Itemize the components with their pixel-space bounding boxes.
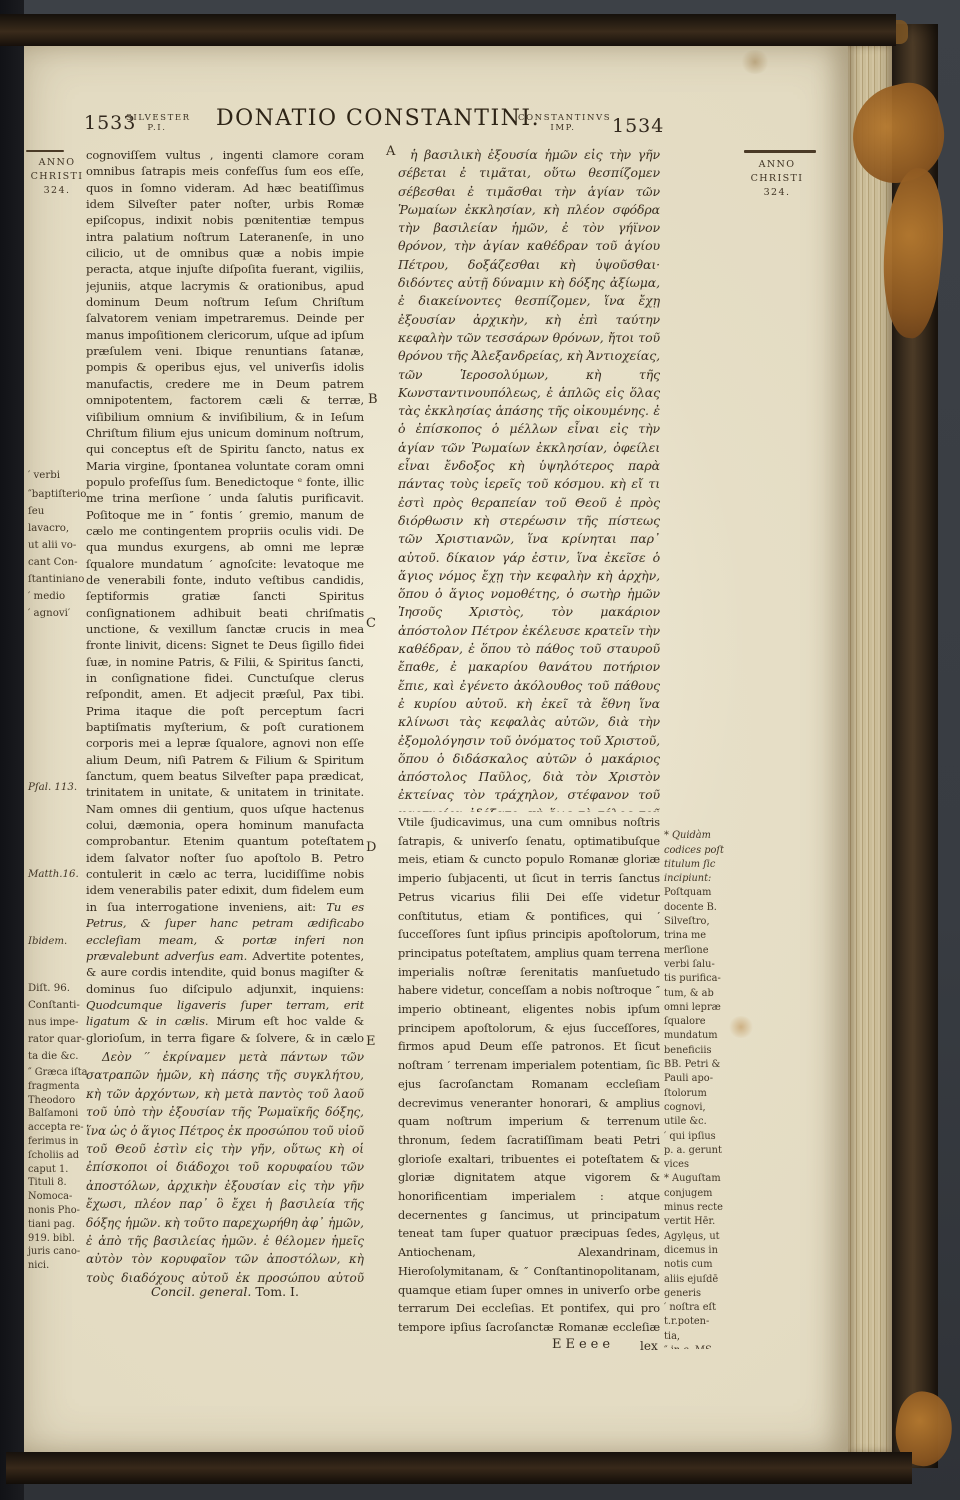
book-board-top [0,14,896,46]
running-head-right: CONSTANTINVS IMP. [518,113,608,133]
section-mark-b: B [368,392,378,407]
section-mark-a: A [386,144,395,159]
margin-rule-right [744,150,816,153]
margin-rule-left [26,150,64,152]
margin-note-ibidem: Ibidem. [28,933,88,950]
section-mark-e: E [366,1034,376,1049]
book-scan: { "header": { "page_number_left": "1533"… [0,0,960,1500]
section-mark-c: C [366,616,376,631]
running-head-right-line1: CONSTANTINVS [518,113,608,123]
margin-note-body: Poſtquam docente B. Silveſtro, trina me … [664,887,723,1349]
running-head-right-line2: IMP. [518,123,608,133]
anno-line: 324. [744,186,810,200]
left-column-greek-text: Δεὸν ′′ ἐκρίναμεν μετὰ πάντων τῶν σατραπ… [86,1048,364,1286]
anno-line: CHRISTI [744,172,810,186]
anno-line: CHRISTI [26,170,88,184]
margin-note-matthew: Matth.16. [28,866,88,883]
margin-note-intro: * Quidàm codices poſt titulum ſic incipi… [664,830,724,884]
quire-signature: EEeee [552,1337,614,1352]
anno-christi-left: ANNO CHRISTI 324. [26,156,88,198]
right-column-latin-text: Vtile ſjudicavimus, una cum omnibus noſt… [398,814,660,1338]
running-head-left: SILVESTER P.I. [126,113,188,133]
anno-christi-right: ANNO CHRISTI 324. [744,158,810,200]
page-number-right: 1534 [612,115,664,137]
anno-line: ANNO [744,158,810,172]
margin-note-baptisterio: ″baptiſterio ſeu lavacro, ut alii vo- ca… [28,486,88,622]
catchword: lex [640,1339,658,1353]
section-mark-d: D [366,840,376,855]
left-column-latin-text: cognoviſſem vultus , ingenti clamore cor… [86,147,364,1047]
margin-note-quidam-codices: * Quidàm codices poſt titulum ſic incipi… [664,815,748,1349]
scan-background-left-edge [0,0,24,1500]
margin-note-graeca-fragmenta: ″ Græca iſta fragmenta Theodoro Balſamon… [28,1066,88,1273]
volume-footer: Concil. general. Tom. I. [86,1284,364,1299]
margin-note-dist96: Diſt. 96. Conſtanti- nus impe- rator qua… [28,980,88,1065]
margin-note-verbi: ′ verbi [28,467,88,484]
margin-note-psalm: Pſal. 113. [28,779,88,796]
running-head-left-line2: P.I. [126,123,188,133]
page-title: DONATIO CONSTANTINI. [216,106,540,131]
right-column-greek-text: ἡ βασιλικὴ ἐξουσία ἡμῶν εἰς τὴν γῆν σέβε… [398,146,660,812]
anno-line: ANNO [26,156,88,170]
book-board-bottom [6,1452,912,1484]
running-head-left-line1: SILVESTER [126,113,188,123]
anno-line: 324. [26,184,88,198]
